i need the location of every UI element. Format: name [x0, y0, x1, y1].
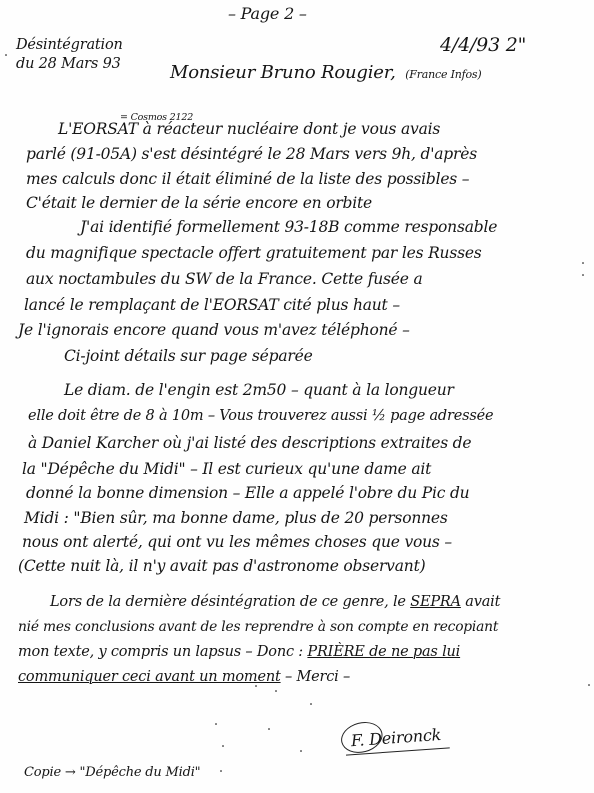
body-line: L'EORSAT à réacteur nucléaire dont je vo…: [58, 120, 440, 138]
speck: [222, 745, 224, 747]
body-line: Le diam. de l'engin est 2m50 – quant à l…: [64, 381, 454, 399]
body-line: mes calculs donc il était éliminé de la …: [26, 170, 469, 188]
speck: [255, 685, 257, 687]
speck: [220, 770, 222, 772]
closing-line-2: nié mes conclusions avant de les reprend…: [18, 619, 498, 635]
body-line: Je l'ignorais encore quand vous m'avez t…: [18, 321, 410, 339]
speck: [300, 750, 302, 752]
body-line: lancé le remplaçant de l'EORSAT cité plu…: [24, 296, 400, 314]
addressee-organization: (France Infos): [405, 68, 481, 81]
page-number: – Page 2 –: [228, 4, 307, 23]
body-line: nous ont alerté, qui ont vu les mêmes ch…: [22, 533, 452, 551]
body-line: (Cette nuit là, il n'y avait pas d'astro…: [18, 557, 425, 575]
body-line: la "Dépêche du Midi" – Il est curieux qu…: [22, 460, 431, 478]
body-line: Ci-joint détails sur page séparée: [64, 347, 313, 365]
priere-emphasis: PRIÈRE de ne pas lui: [307, 644, 460, 660]
letter-page: – Page 2 – Désintégration du 28 Mars 93 …: [0, 0, 594, 793]
speck: [310, 703, 312, 705]
speck: [5, 54, 7, 56]
letter-date: 4/4/93 2": [440, 34, 526, 56]
signature: F. Deironck: [344, 722, 450, 755]
body-line: elle doit être de 8 à 10m – Vous trouver…: [28, 408, 493, 424]
merci-text: – Merci –: [281, 669, 350, 685]
closing-text: Lors de la dernière désintégration de ce…: [50, 594, 410, 610]
addressee: Monsieur Bruno Rougier, (France Infos): [170, 62, 481, 83]
body-line: C'était le dernier de la série encore en…: [26, 194, 372, 212]
body-line: à Daniel Karcher où j'ai listé des descr…: [28, 434, 471, 452]
communiquer-emphasis: communiquer ceci avant un moment: [18, 669, 281, 685]
sepra-emphasis: SEPRA: [410, 594, 461, 610]
closing-text: mon texte, y compris un lapsus – Donc :: [18, 644, 307, 660]
body-line: donné la bonne dimension – Elle a appelé…: [26, 484, 469, 502]
closing-text: avait: [461, 594, 500, 610]
signature-flourish-icon: [338, 718, 386, 757]
margin-title-line-2: du 28 Mars 93: [16, 55, 121, 73]
closing-line-1: Lors de la dernière désintégration de ce…: [50, 594, 500, 610]
speck: [588, 684, 590, 686]
speck: [275, 690, 277, 692]
body-line: Midi : "Bien sûr, ma bonne dame, plus de…: [24, 509, 448, 527]
body-line: aux noctambules du SW de la France. Cett…: [26, 270, 423, 288]
copy-note: Copie → "Dépêche du Midi": [24, 765, 200, 780]
body-line: parlé (91-05A) s'est désintégré le 28 Ma…: [26, 145, 477, 163]
body-line: du magnifique spectacle offert gratuitem…: [26, 244, 482, 262]
addressee-name: Monsieur Bruno Rougier,: [170, 62, 396, 83]
margin-title-line-1: Désintégration: [16, 36, 123, 54]
closing-line-4: communiquer ceci avant un moment – Merci…: [18, 669, 350, 685]
closing-line-3: mon texte, y compris un lapsus – Donc : …: [18, 644, 460, 660]
speck: [215, 723, 217, 725]
speck: [582, 274, 584, 276]
body-line: J'ai identifié formellement 93-18B comme…: [80, 218, 497, 236]
speck: [268, 728, 270, 730]
speck: [582, 262, 584, 264]
